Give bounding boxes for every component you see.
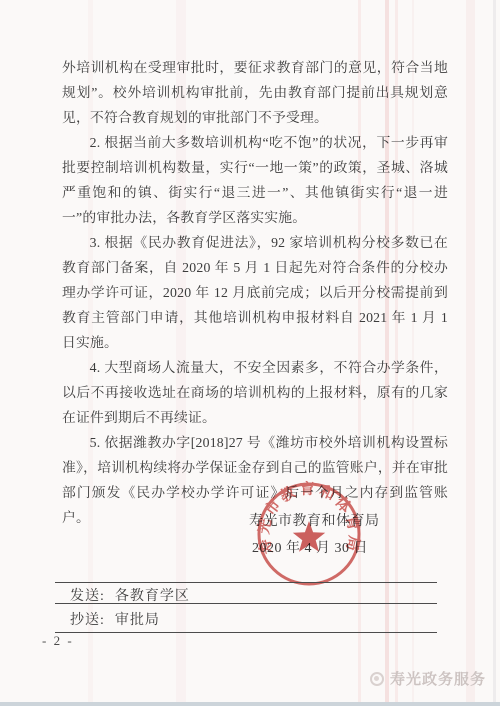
scan-streak xyxy=(466,0,475,706)
footer-divider xyxy=(55,632,437,633)
scan-edge-strip xyxy=(0,702,500,706)
watermark: 寿光政务服务 xyxy=(370,668,486,689)
signature-date: 2020 年 4 月 30 日 xyxy=(252,537,368,557)
footer-divider xyxy=(55,582,437,583)
copy-value: 审批局 xyxy=(115,613,160,628)
footer-copy-row: 抄送:审批局 xyxy=(70,609,160,629)
scan-streak xyxy=(493,0,496,706)
send-label: 发送: xyxy=(70,589,105,604)
document-page: 外培训机构在受理审批时，要征求教育部门的意见，符合当地规划”。校外培训机构审批前… xyxy=(0,0,500,706)
send-value: 各教育学区 xyxy=(115,589,190,604)
body-paragraph: 2. 根据当前大多数培训机构“吃不饱”的状况，下一步再审批要控制培训机构数量，实… xyxy=(62,130,448,230)
body-paragraph: 外培训机构在受理审批时，要征求教育部门的意见，符合当地规划”。校外培训机构审批前… xyxy=(62,55,448,130)
page-number: - 2 - xyxy=(42,633,74,649)
footer-divider xyxy=(55,603,437,604)
document-body: 外培训机构在受理审批时，要征求教育部门的意见，符合当地规划”。校外培训机构审批前… xyxy=(62,55,448,530)
signature-agency: 寿光市教育和体育局 xyxy=(249,510,380,530)
body-paragraph: 4. 大型商场人流量大，不安全因素多，不符合办学条件，以后不再接收选址在商场的培… xyxy=(62,355,448,430)
copy-label: 抄送: xyxy=(70,613,105,628)
footer-send-row: 发送:各教育学区 xyxy=(70,585,190,605)
government-service-logo-icon xyxy=(370,672,384,686)
watermark-text: 寿光政务服务 xyxy=(390,668,486,689)
body-paragraph: 3. 根据《民办教育促进法》，92 家培训机构分校多数已在教育部门备案，自 20… xyxy=(62,230,448,355)
